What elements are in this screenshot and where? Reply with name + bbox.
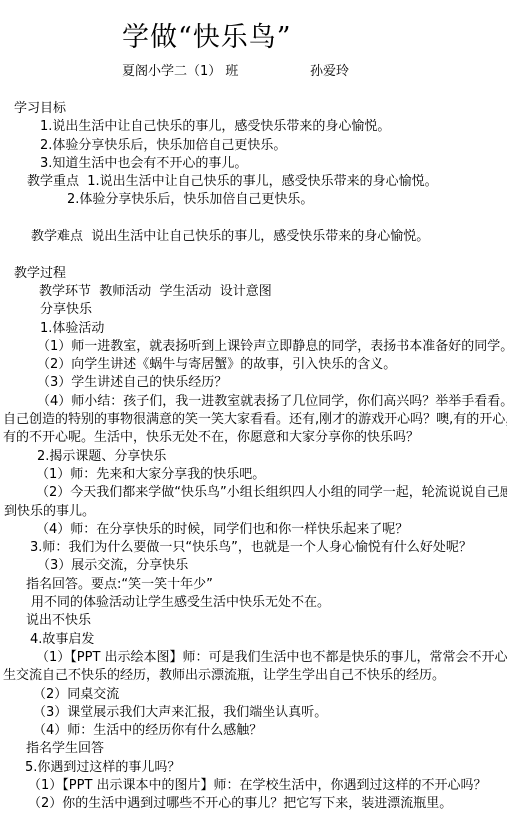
text-line: 5.你遇到过这样的事儿吗？ [0,759,507,777]
text-line: 教学重点 1.说出生活中让自己快乐的事儿，感受快乐带来的身心愉悦。 [0,173,507,191]
byline: 夏阁小学二（1） 班 孙爱玲 [0,63,507,81]
text-line: 生交流自己不快乐的经历，教师出示漂流瓶，让学生学出自己不快乐的经历。 [0,667,507,685]
text-line: 用不同的体验活动让学生感受生活中快乐无处不在。 [0,594,507,612]
text-line: （3）课堂展示我们大声来汇报，我们端坐认真听。 [0,704,507,722]
text-line: 2.体验分享快乐后，快乐加倍自己更快乐。 [0,137,507,155]
text-line: 1.说出生活中让自己快乐的事儿，感受快乐带来的身心愉悦。 [0,118,507,136]
text-line: 2.揭示课题、分享快乐 [0,448,507,466]
text-line: 教学环节 教师活动 学生活动 设计意图 [0,283,507,301]
text-line: 指名回答。要点:“笑一笑十年少” [0,576,507,594]
text-line: （4）师：生活中的经历你有什么感触？ [0,722,507,740]
text-line: （1）师：先来和大家分享我的快乐吧。 [0,466,507,484]
text-line: 说出不快乐 [0,612,507,630]
text-line: 3.知道生活中也会有不开心的事儿。 [0,155,507,173]
text-line: （2）同桌交流 [0,686,507,704]
text-line: 分享快乐 [0,301,507,319]
text-line: （4）师小结：孩子们，我一进教室就表扬了几位同学，你们高兴吗？举举手看看。对 [0,393,507,411]
text-line: （3）学生讲述自己的快乐经历？ [0,374,507,392]
text-line: （4）师：在分享快乐的时候，同学们也和你一样快乐起来了呢？ [0,521,507,539]
text-line: 教学难点 说出生活中让自己快乐的事儿，感受快乐带来的身心愉悦。 [0,228,507,246]
text-line: 指名学生回答 [0,740,507,758]
byline-author: 孙爱玲 [310,63,349,81]
text-line: （2）你的生活中遇到过哪些不开心的事儿？把它写下来，装进漂流瓶里。 [0,795,507,813]
text-line: 3.师：我们为什么要做一只“快乐鸟”，也就是一个人身心愉悦有什么好处呢？ [0,539,507,557]
text-line: 学习目标 [0,100,507,118]
document-title: 学做“快乐鸟” [122,15,292,54]
text-line: 2.体验分享快乐后，快乐加倍自己更快乐。 [0,191,507,209]
document-page: 学做“快乐鸟” 夏阁小学二（1） 班 孙爱玲 学习目标1.说出生活中让自己快乐的… [0,0,507,833]
text-line: 1.体验活动 [0,320,507,338]
blank-line [0,246,507,264]
blank-line [0,210,507,228]
text-line: 教学过程 [0,265,507,283]
text-line: （3）展示交流，分享快乐 [0,557,507,575]
text-line: （1）师一进教室，就表扬听到上课铃声立即静息的同学，表扬书本准备好的同学。 [0,338,507,356]
document-body: 学习目标1.说出生活中让自己快乐的事儿，感受快乐带来的身心愉悦。2.体验分享快乐… [0,100,507,814]
text-line: 有的不开心呢。生活中，快乐无处不在，你愿意和大家分享你的快乐吗？ [0,429,507,447]
text-line: 4.故事启发 [0,631,507,649]
byline-school-class: 夏阁小学二（1） 班 [122,63,238,81]
text-line: 自己创造的特别的事物很满意的笑一笑大家看看。还有,刚才的游戏开心吗？噢,有的开心… [0,411,507,429]
text-line: （1）【PPT 出示课本中的图片】师：在学校生活中，你遇到过这样的不开心吗？ [0,777,507,795]
text-line: （1）【PPT 出示绘本图】师：可是我们生活中也不都是快乐的事儿，常常会不开心。… [0,649,507,667]
text-line: （2）向学生讲述《蜗牛与寄居蟹》的故事，引入快乐的含义。 [0,356,507,374]
text-line: （2）今天我们都来学做“快乐鸟”小组长组织四人小组的同学一起，轮流说说自己感 [0,484,507,502]
text-line: 到快乐的事儿。 [0,503,507,521]
